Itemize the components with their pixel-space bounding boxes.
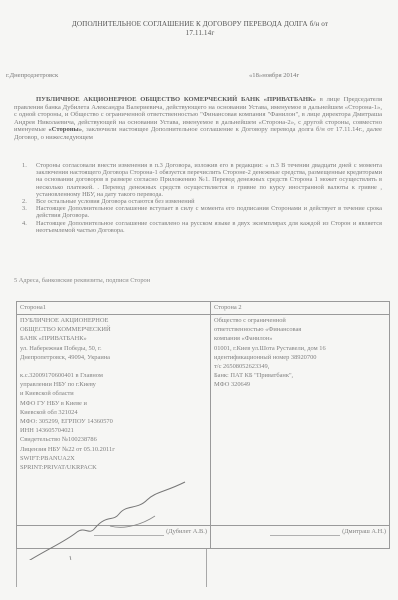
signature-line [94,535,164,536]
party2-line: ответственностью «Финансовая [214,325,386,334]
signature-row: (Дубилет А.В.) (Дмитраш А.Н.) [17,526,390,549]
clause-item: 2.Все остальные условия Договора остаютс… [22,198,382,205]
clause-number: 3. [22,205,27,212]
party2-line: Банк: ПАТ КБ "Приватбанк", [214,371,386,380]
city: г.Днепродзетровск [6,72,58,79]
header-party-2: Сторона 2 [211,302,390,315]
party1-line: ул. Набережная Победы, 50, г. [20,344,207,353]
signature-party-1: (Дубилет А.В.) [17,526,211,549]
party-2-details: Общество с ограниченной ответственностью… [211,315,390,526]
party2-line: 01001, г.Киев ул.Шота Руставели, дом 16 [214,344,386,353]
requisites-table: Сторона1 Сторона 2 ПУБЛИЧНОЕ АКЦИОНЕРНОЕ… [16,301,390,549]
party1-line: и Киевской области [20,389,207,398]
party2-line: компания «Фанилон» [214,334,386,343]
party1-line: SPRINT:PRIVAT/UKRPACK [20,463,207,472]
party1-line: Киевской обл 321024 [20,408,207,417]
clause-number: 2. [22,198,27,205]
party2-line: Общество с ограниченной [214,316,386,325]
spacer [20,362,207,371]
party1-line: Свидетельство №100238786 [20,435,207,444]
clause-item: 4.Настоящее Дополнительное соглашение со… [22,220,382,234]
agreement-date: «18»ноября 2014г [249,72,299,79]
clause-text: Все остальные условия Договора остаются … [36,198,195,205]
signatory-1: (Дубилет А.В.) [166,528,207,535]
party-1-details: ПУБЛИЧНОЕ АКЦИОНЕРНОЕ ОБЩЕСТВО КОММЕРЧЕС… [17,315,211,526]
party1-line: МФО: 305299, ЕГРПОУ 14360570 [20,417,207,426]
clause-text: Стороны согласовали внести изменения в п… [36,162,382,198]
header-party-1: Сторона1 [17,302,211,315]
clause-number: 1. [22,162,27,169]
table-border-line [206,549,207,587]
party1-line: ОБЩЕСТВО КОММЕРЧЕСКИЙ [20,325,207,334]
party2-line: т/с 26508052623349, [214,362,386,371]
party1-line: МФО ГУ НБУ в Киеве и [20,399,207,408]
signature-line [270,535,340,536]
table-border-line [16,549,17,587]
party1-line: к.с.32009170600401 в Главном [20,371,207,380]
party1-line: SWIFT:PBANUA2X [20,454,207,463]
party1-line: БАНК «ПРИВАТБАНК» [20,334,207,343]
table-row-details: ПУБЛИЧНОЕ АКЦИОНЕРНОЕ ОБЩЕСТВО КОММЕРЧЕС… [17,315,390,526]
party1-name: ПУБЛИЧНОЕ АКЦИОНЕРНОЕ ОБЩЕСТВО КОМЕРЧЕСК… [36,96,316,103]
party1-line: ИНН 143605704021 [20,426,207,435]
signatory-2: (Дмитраш А.Н.) [342,528,386,535]
clause-text: Настоящее Дополнительное соглашение сост… [36,220,382,234]
clause-item: 1.Стороны согласовали внести изменения в… [22,162,382,198]
party1-line: Днепропетровск, 49094, Украина [20,353,207,362]
party1-line: управлении НБУ по г.Киеву [20,380,207,389]
table-header-row: Сторона1 Сторона 2 [17,302,390,315]
preamble-paragraph: ПУБЛИЧНОЕ АКЦИОНЕРНОЕ ОБЩЕСТВО КОМЕРЧЕСК… [14,96,382,142]
clause-number: 4. [22,220,27,227]
clause-text: Настоящее Дополнительное соглашение всту… [36,205,382,219]
section-5-heading: 5 Адреса, банковские реквизиты, подписи … [14,277,150,284]
table-bottom-extension [16,549,390,589]
scanned-document-page: ДОПОЛНИТЕЛЬНОЕ СОГЛАШЕНИЕ К ДОГОВОРУ ПЕР… [0,0,398,600]
party2-line: МФО 320649 [214,380,386,389]
title-line-2: 17.11.14г [20,29,380,38]
signature-party-2: (Дмитраш А.Н.) [211,526,390,549]
party2-line: идентификационный номер 38920700 [214,353,386,362]
parties-term: «Стороны» [48,126,82,133]
agreement-clauses: 1.Стороны согласовали внести изменения в… [22,162,382,234]
document-title: ДОПОЛНИТЕЛЬНОЕ СОГЛАШЕНИЕ К ДОГОВОРУ ПЕР… [20,20,380,38]
party1-line: ПУБЛИЧНОЕ АКЦИОНЕРНОЕ [20,316,207,325]
clause-item: 3.Настоящее Дополнительное соглашение вс… [22,205,382,219]
title-line-1: ДОПОЛНИТЕЛЬНОЕ СОГЛАШЕНИЕ К ДОГОВОРУ ПЕР… [20,20,380,29]
party1-line: Лицензия НБУ №22 от 05.10.2011г [20,445,207,454]
